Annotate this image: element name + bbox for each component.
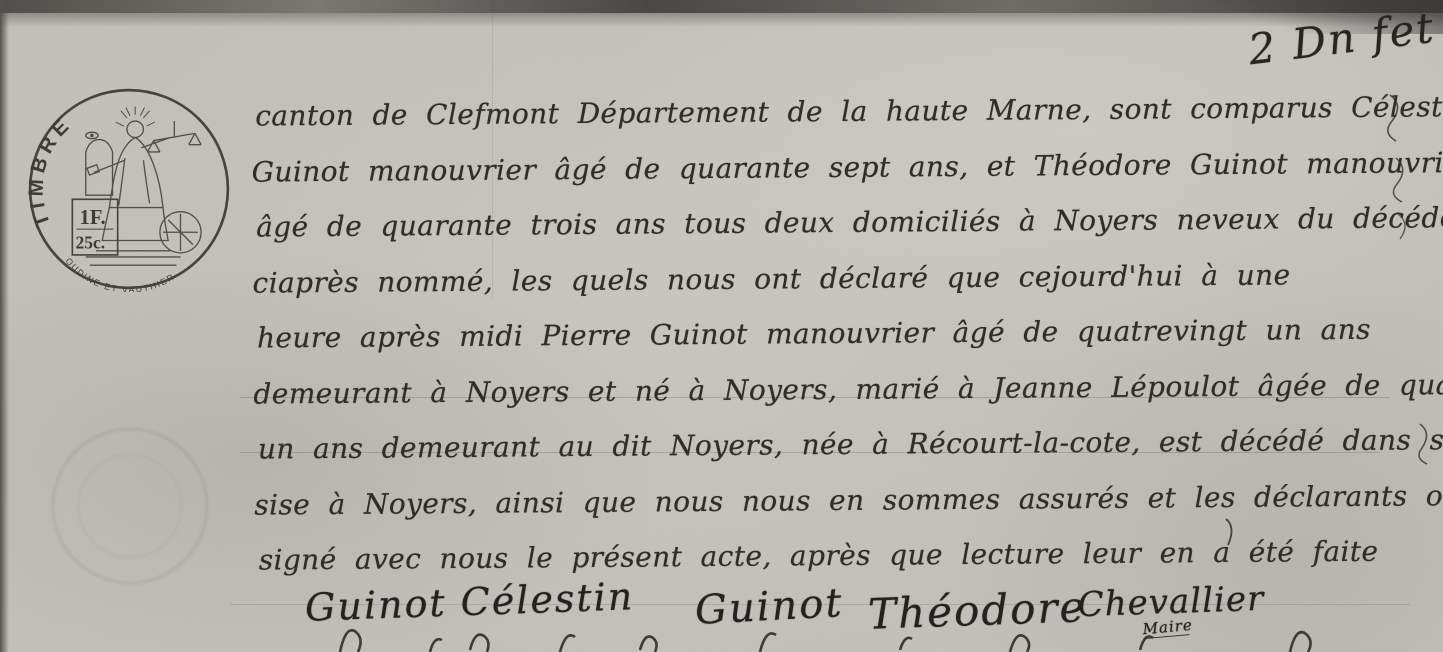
ghost-stamp-impression [52, 428, 208, 584]
manuscript-line-6: demeurant à Noyers et né à Noyers, marié… [253, 357, 1418, 422]
manuscript-line-4: ciaprès nommé, les quels nous ont déclar… [252, 246, 1417, 311]
revenue-stamp: TIMBRE [26, 86, 232, 292]
svg-text:OUDINE ET VAUTHIER: OUDINE ET VAUTHIER [63, 256, 176, 292]
denomination-franc: 1F. [80, 207, 106, 229]
manuscript-body: canton de Clefmont Département de la hau… [251, 79, 1420, 588]
manuscript-line-5: heure après midi Pierre Guinot manouvrie… [257, 301, 1422, 366]
signature-guinot: Guinot [694, 580, 845, 634]
manuscript-line-2: Guinot manouvrier âgé de quarante sept a… [251, 135, 1416, 200]
manuscript-line-1: canton de Clefmont Département de la hau… [255, 79, 1420, 144]
signature-chevallier-title: Maire [1142, 616, 1189, 639]
manuscript-line-7: un ans demeurant au dit Noyers, née à Ré… [258, 412, 1423, 477]
signature-theodore: Théodore [867, 582, 1087, 639]
manuscript-line-8: sise à Noyers, ainsi que nous nous en so… [254, 468, 1419, 533]
manuscript-line-3: âgé de quarante trois ans tous deux domi… [256, 190, 1421, 255]
scan-edge-left [0, 0, 9, 652]
signature-chevallier-maire: Chevallier Maire [1077, 579, 1265, 640]
stamp-engraver-text: OUDINE ET VAUTHIER [63, 256, 176, 292]
denomination-centimes: 25c. [75, 233, 105, 253]
